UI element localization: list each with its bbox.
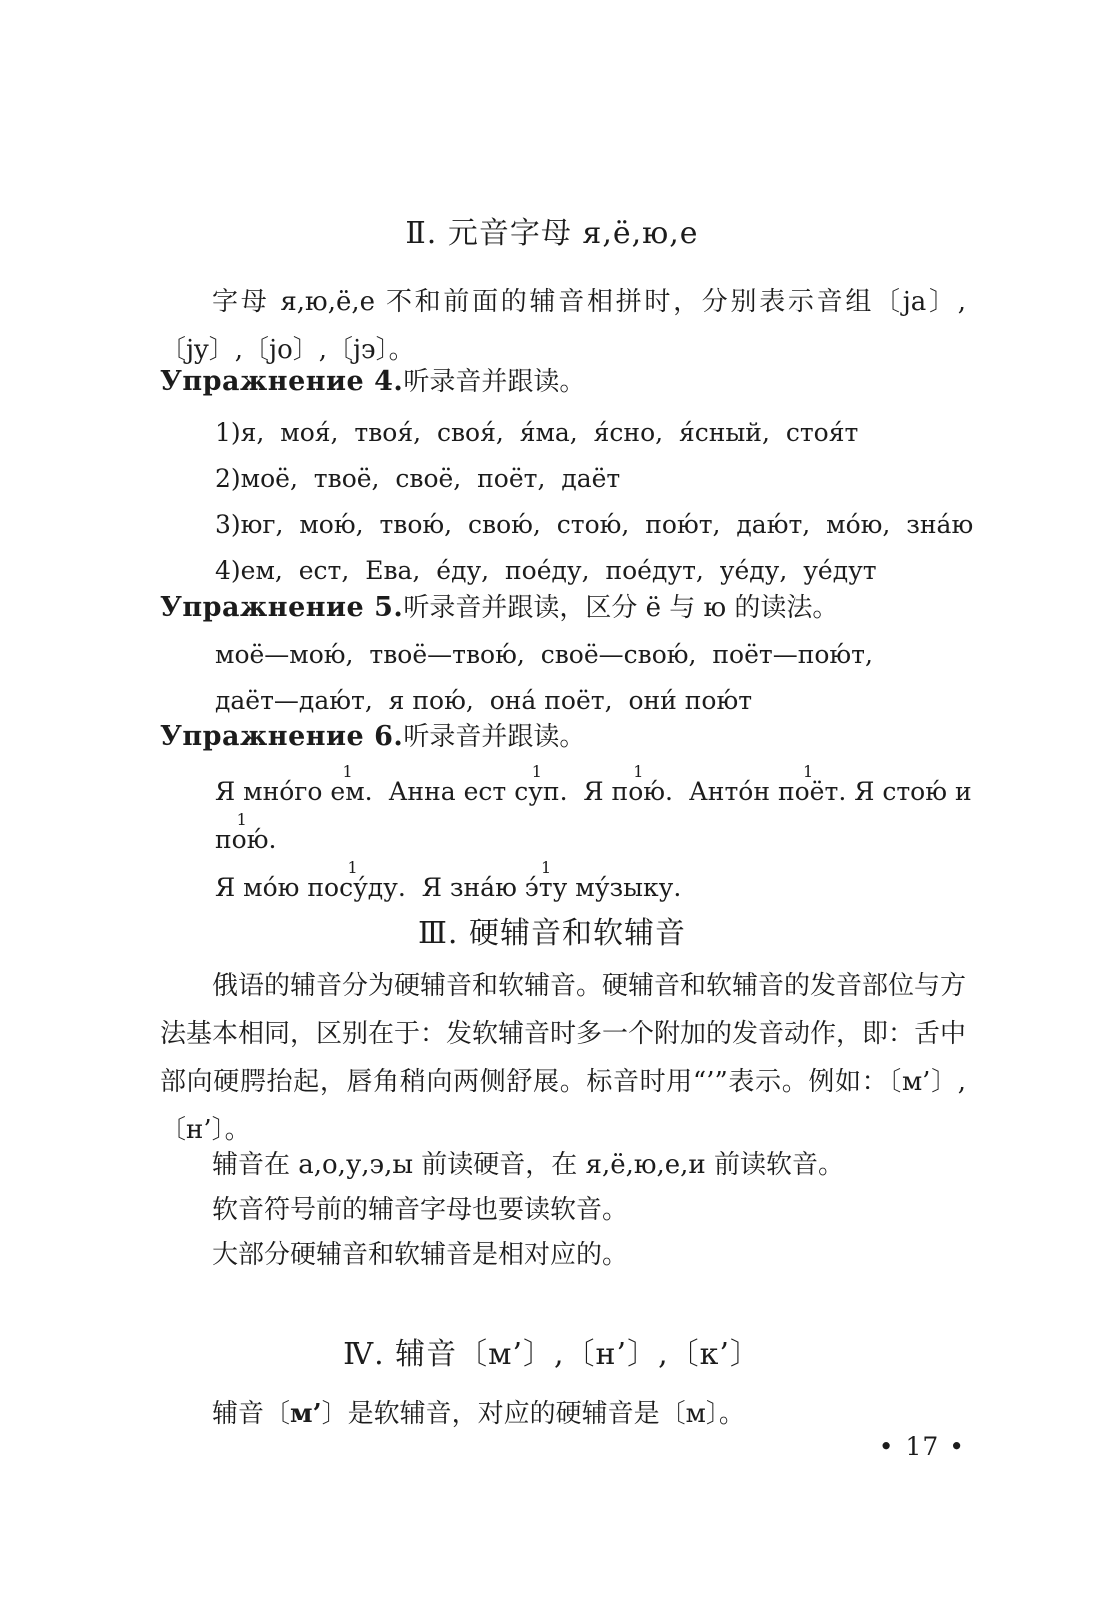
text-segment: Я мно́го	[215, 777, 330, 806]
textbook-page: Ⅱ. 元音字母 я,ё,ю,е 字母 я,ю,ё,е 不和前面的辅音相拼时，分别…	[0, 0, 1104, 1599]
page-number-footer: •17•	[160, 1432, 966, 1462]
exercise-4-label: Упражнение 4.	[160, 366, 403, 397]
exercise-6-lines: Я мно́го ем1. Анна ест суп1. Я пою́1. Ан…	[160, 768, 1021, 912]
marked-word: э́ту1	[525, 873, 568, 902]
section-4-paragraph-post: 〕是软辅音，对应的硬辅音是〔м〕。	[322, 1399, 745, 1429]
exercise-4-item: 2)моё, твоё, своё, поёт, даёт	[215, 456, 1021, 502]
text-segment: . Я зна́ю	[398, 873, 525, 902]
exercise-6-heading: Упражнение 6.听录音并跟读。	[160, 717, 966, 757]
section-3-sub-paragraph: 辅音在 а,о,у,э,ы 前读硬音，在 я,ё,ю,е,и 前读软音。	[160, 1143, 966, 1188]
intonation-mark: 1	[342, 764, 352, 780]
exercise-5-line: моё—мою́, твоё—твою́, своё—свою́, поёт—п…	[215, 632, 1021, 678]
section-4-title: Ⅳ. 辅音〔м’〕,〔н’〕,〔к’〕	[0, 1334, 1104, 1376]
section-4-paragraph: 辅音〔м’〕是软辅音，对应的硬辅音是〔м〕。	[160, 1390, 966, 1438]
exercise-5-label: Упражнение 5.	[160, 592, 403, 623]
exercise-6-label: Упражнение 6.	[160, 721, 403, 752]
page-number-left-dot: •	[879, 1432, 896, 1461]
text-segment: . Я стою́ и	[838, 777, 979, 806]
marked-word: посу́ду1	[307, 873, 398, 902]
exercise-4-item: 3)юг, мою́, твою́, свою́, стою́, пою́т, …	[215, 502, 1021, 548]
section-3-sub-paragraph: 软音符号前的辅音字母也要读软音。	[160, 1188, 966, 1233]
section-4-paragraph-pre: 辅音〔	[212, 1399, 290, 1429]
text-segment: .	[268, 825, 276, 854]
text-segment: му́зыку.	[567, 873, 681, 902]
intonation-mark: 1	[532, 764, 542, 780]
exercise-6-sentence-line: Я мо́ю посу́ду1. Я зна́ю э́ту1 му́зыку.	[215, 864, 1021, 912]
exercise-4-instruction: 听录音并跟读。	[403, 367, 585, 397]
text-segment: . Анто́н	[665, 777, 778, 806]
section-3-paragraph: 俄语的辅音分为硬辅音和软辅音。硬辅音和软辅音的发音部位与方法基本相同，区别在于：…	[160, 962, 966, 1154]
section-2-title: Ⅱ. 元音字母 я,ё,ю,е	[0, 213, 1104, 255]
exercise-5-lines: моё—мою́, твоё—твою́, своё—свою́, поёт—п…	[160, 632, 1021, 724]
intonation-mark: 1	[348, 860, 358, 876]
exercise-6-instruction: 听录音并跟读。	[403, 722, 585, 752]
marked-word: пою́1	[612, 777, 665, 806]
exercise-5-heading: Упражнение 5.听录音并跟读，区分 ё 与 ю 的读法。	[160, 588, 966, 628]
marked-word: пою́1	[215, 825, 268, 854]
section-3-sub-paragraph: 大部分硬辅音和软辅音是相对应的。	[160, 1233, 966, 1278]
exercise-5-instruction: 听录音并跟读，区分 ё 与 ю 的读法。	[403, 593, 838, 623]
page-number: 17	[895, 1432, 949, 1461]
marked-word: суп1	[514, 777, 559, 806]
exercise-4-heading: Упражнение 4.听录音并跟读。	[160, 362, 966, 402]
marked-word: ем1	[330, 777, 364, 806]
section-2-intro-paragraph: 字母 я,ю,ё,е 不和前面的辅音相拼时，分别表示音组〔ja〕,〔jy〕,〔j…	[160, 278, 966, 374]
page-number-right-dot: •	[949, 1432, 966, 1461]
text-segment: Я мо́ю	[215, 873, 307, 902]
text-segment: . Анна ест	[365, 777, 515, 806]
exercise-4-item-list: 1)я, моя́, твоя́, своя́, я́ма, я́сно, я́…	[160, 410, 1021, 594]
exercise-6-sentence-line: Я мно́го ем1. Анна ест суп1. Я пою́1. Ан…	[215, 768, 1021, 864]
exercise-4-item: 1)я, моя́, твоя́, своя́, я́ма, я́сно, я́…	[215, 410, 1021, 456]
intonation-mark: 1	[237, 812, 247, 828]
intonation-mark: 1	[541, 860, 551, 876]
marked-word: поёт1	[778, 777, 838, 806]
section-4-paragraph-bold-consonant: м’	[290, 1399, 322, 1429]
text-segment: . Я	[560, 777, 612, 806]
section-3-title: Ⅲ. 硬辅音和软辅音	[0, 913, 1104, 955]
section-3-sub-paragraphs: 辅音在 а,о,у,э,ы 前读硬音，在 я,ё,ю,е,и 前读软音。 软音符…	[160, 1143, 966, 1278]
intonation-mark: 1	[803, 764, 813, 780]
intonation-mark: 1	[633, 764, 643, 780]
